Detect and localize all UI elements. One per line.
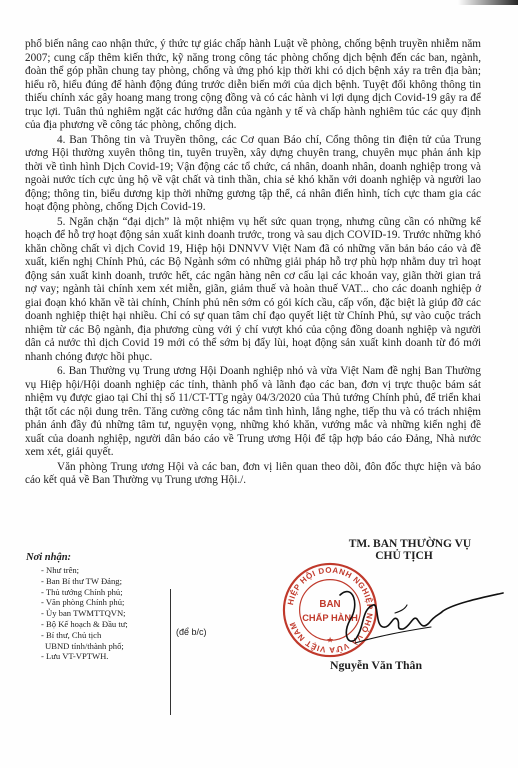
recipient-item: - Ban Bí thư TW Đảng; bbox=[41, 576, 256, 587]
recipient-item: - Lưu VT-VPTWH. bbox=[41, 651, 256, 662]
recipient-item: - Ủy ban TWMTTQVN; bbox=[41, 608, 256, 619]
scan-edge-shadow bbox=[458, 0, 518, 5]
paragraph-item-6: 6. Ban Thường vụ Trung ương Hội Doanh ng… bbox=[25, 365, 481, 460]
recipient-item: - Văn phòng Chính phủ; bbox=[41, 597, 256, 608]
signature-organization: TM. BAN THƯỜNG VỤ bbox=[310, 538, 510, 550]
paragraph-continuation: phổ biến nâng cao nhận thức, ý thức tự g… bbox=[25, 38, 481, 133]
stamp-star: ★ bbox=[326, 635, 333, 644]
document-body: phổ biến nâng cao nhận thức, ý thức tự g… bbox=[25, 38, 481, 489]
handwritten-signature-icon bbox=[335, 585, 505, 650]
recipient-item: - Bí thư, Chủ tịch bbox=[41, 630, 256, 641]
recipients-list: - Như trên; - Ban Bí thư TW Đảng; - Thủ … bbox=[26, 565, 256, 662]
recipient-item: - Như trên; bbox=[41, 565, 256, 576]
signer-name: Nguyễn Văn Thân bbox=[330, 658, 422, 673]
signature-block: TM. BAN THƯỜNG VỤ CHỦ TỊCH bbox=[300, 538, 510, 562]
paragraph-item-4: 4. Ban Thông tin và Truyền thông, các Cơ… bbox=[25, 134, 481, 215]
document-page: phổ biến nâng cao nhận thức, ý thức tự g… bbox=[0, 0, 518, 768]
recipients-title: Nơi nhận: bbox=[26, 552, 256, 563]
recipients-block: Nơi nhận: - Như trên; - Ban Bí thư TW Đả… bbox=[26, 552, 256, 662]
recipient-item: - Bộ Kế hoạch & Đầu tư; bbox=[41, 619, 256, 630]
recipient-item: - Thủ tướng Chính phủ; bbox=[41, 587, 256, 598]
paragraph-closing: Văn phòng Trung ương Hội và các ban, đơn… bbox=[25, 461, 481, 488]
paragraph-item-5: 5. Ngăn chặn “đại dịch” là một nhiệm vụ … bbox=[25, 216, 481, 365]
recipients-group-note: (để b/c) bbox=[176, 627, 207, 637]
recipients-group-bracket bbox=[170, 589, 171, 715]
recipient-item: UBND tỉnh/thành phố; bbox=[41, 641, 256, 652]
